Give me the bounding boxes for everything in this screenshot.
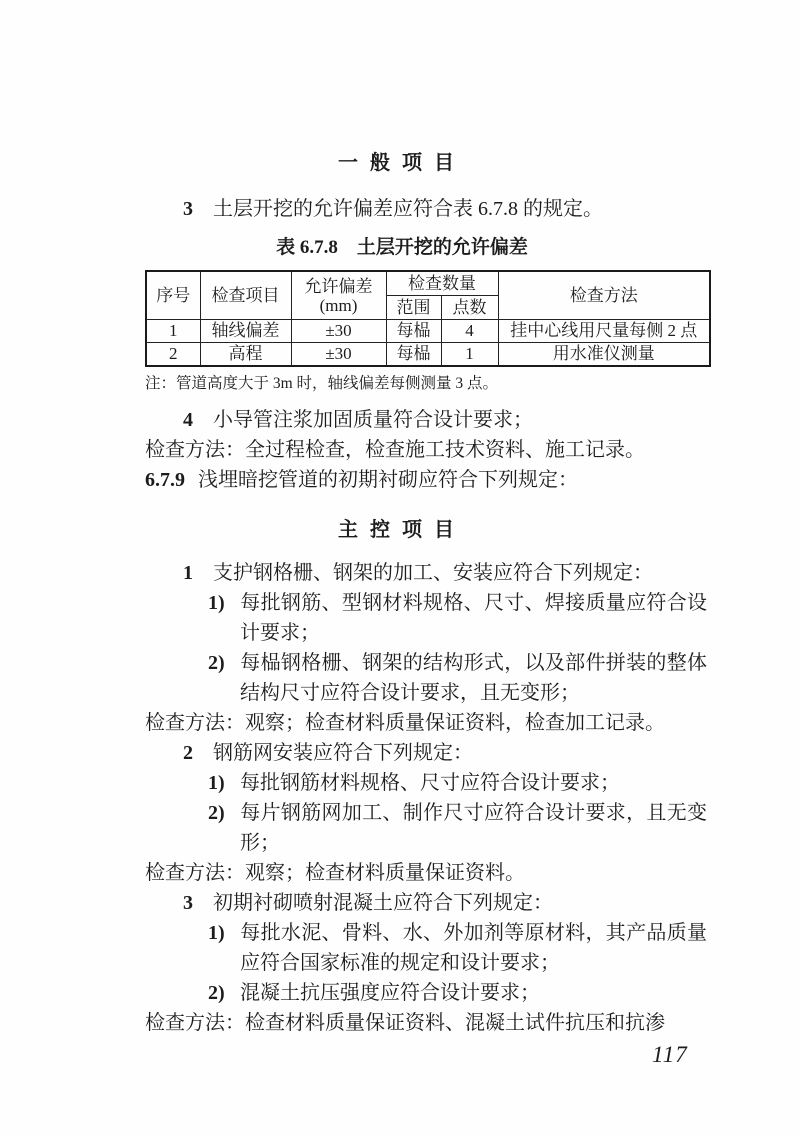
header-check-quantity: 检查数量 — [386, 271, 498, 296]
cell-points: 4 — [441, 320, 498, 343]
clause-number: 6.7.9 — [145, 469, 185, 491]
sub-item: 2)混凝土抗压强度应符合设计要求； — [145, 978, 707, 1008]
sub-item-number: 2) — [208, 798, 240, 828]
table-title: 表 6.7.8 土层开挖的允许偏差 — [121, 236, 683, 260]
cell-method: 用水准仪测量 — [498, 343, 710, 367]
cell-item: 轴线偏差 — [200, 320, 291, 343]
item-text: 钢筋网安装应符合下列规定： — [213, 742, 473, 764]
sub-item: 2)每片钢筋网加工、制作尺寸应符合设计要求，且无变形； — [145, 798, 707, 858]
item-number: 2 — [183, 738, 213, 768]
header-tolerance: 允许偏差 (mm) — [291, 271, 386, 320]
sub-item-number: 1) — [208, 918, 240, 948]
cell-tolerance: ±30 — [291, 343, 386, 367]
sub-item-text: 每批钢筋材料规格、尺寸应符合设计要求； — [240, 772, 620, 794]
check-method-item-3: 检查方法：检查材料质量保证资料、混凝土试件抗压和抗渗 — [145, 1008, 707, 1038]
page-content: 一般项目 3土层开挖的允许偏差应符合表 6.7.8 的规定。 表 6.7.8 土… — [145, 0, 707, 1038]
header-tolerance-line2: (mm) — [294, 296, 384, 315]
section-heading-general-items: 一般项目 — [121, 148, 683, 178]
item-text: 小导管注浆加固质量符合设计要求； — [213, 409, 533, 431]
sub-item-number: 1) — [208, 768, 240, 798]
item-number: 4 — [183, 405, 213, 435]
item-text: 土层开挖的允许偏差应符合表 6.7.8 的规定。 — [213, 198, 603, 220]
header-check-method: 检查方法 — [498, 271, 710, 320]
table-row: 1 轴线偏差 ±30 每榀 4 挂中心线用尺量每侧 2 点 — [146, 320, 710, 343]
check-method-item-2: 检查方法：观察；检查材料质量保证资料。 — [145, 858, 707, 888]
item-text: 支护钢格栅、钢架的加工、安装应符合下列规定： — [213, 562, 653, 584]
header-range: 范围 — [386, 296, 441, 320]
paragraph-item-3-main: 3初期衬砌喷射混凝土应符合下列规定： — [145, 888, 707, 918]
header-seq: 序号 — [146, 271, 200, 320]
sub-item-text: 每榀钢格栅、钢架的结构形式，以及部件拼装的整体结构尺寸应符合设计要求，且无变形； — [240, 652, 707, 704]
document-page: 一般项目 3土层开挖的允许偏差应符合表 6.7.8 的规定。 表 6.7.8 土… — [0, 0, 800, 1135]
sub-item: 2)每榀钢格栅、钢架的结构形式，以及部件拼装的整体结构尺寸应符合设计要求，且无变… — [145, 648, 707, 708]
paragraph-item-1: 1支护钢格栅、钢架的加工、安装应符合下列规定： — [145, 558, 707, 588]
sub-item-number: 2) — [208, 648, 240, 678]
section-heading-main-control-items: 主控项目 — [121, 515, 683, 545]
sub-item-text: 每批钢筋、型钢材料规格、尺寸、焊接质量应符合设计要求； — [240, 592, 707, 644]
cell-method: 挂中心线用尺量每侧 2 点 — [498, 320, 710, 343]
clause-6-7-9: 6.7.9浅埋暗挖管道的初期衬砌应符合下列规定： — [145, 465, 707, 495]
check-method-item-4: 检查方法：全过程检查，检查施工技术资料、施工记录。 — [145, 435, 707, 465]
clause-text: 浅埋暗挖管道的初期衬砌应符合下列规定： — [198, 469, 578, 491]
paragraph-item-2: 2钢筋网安装应符合下列规定： — [145, 738, 707, 768]
cell-range: 每榀 — [386, 320, 441, 343]
header-check-item: 检查项目 — [200, 271, 291, 320]
sub-item-number: 1) — [208, 588, 240, 618]
sub-item-number: 2) — [208, 978, 240, 1008]
header-tolerance-line1: 允许偏差 — [294, 277, 384, 296]
cell-range: 每榀 — [386, 343, 441, 367]
cell-points: 1 — [441, 343, 498, 367]
cell-item: 高程 — [200, 343, 291, 367]
sub-item: 1)每批水泥、骨料、水、外加剂等原材料，其产品质量应符合国家标准的规定和设计要求… — [145, 918, 707, 978]
item-text: 初期衬砌喷射混凝土应符合下列规定： — [213, 892, 553, 914]
cell-seq: 1 — [146, 320, 200, 343]
item-number: 3 — [183, 888, 213, 918]
sub-item-text: 每批水泥、骨料、水、外加剂等原材料，其产品质量应符合国家标准的规定和设计要求； — [240, 922, 707, 974]
table-6-7-8: 序号 检查项目 允许偏差 (mm) 检查数量 检查方法 范围 点数 1 轴线偏差… — [145, 270, 711, 367]
check-method-item-1: 检查方法：观察；检查材料质量保证资料，检查加工记录。 — [145, 708, 707, 738]
cell-tolerance: ±30 — [291, 320, 386, 343]
paragraph-item-3: 3土层开挖的允许偏差应符合表 6.7.8 的规定。 — [145, 194, 707, 224]
sub-item: 1)每批钢筋材料规格、尺寸应符合设计要求； — [145, 768, 707, 798]
page-number: 117 — [652, 1042, 688, 1068]
sub-item-text: 每片钢筋网加工、制作尺寸应符合设计要求，且无变形； — [240, 802, 707, 854]
sub-item: 1)每批钢筋、型钢材料规格、尺寸、焊接质量应符合设计要求； — [145, 588, 707, 648]
item-number: 3 — [183, 194, 213, 224]
header-points: 点数 — [441, 296, 498, 320]
item-number: 1 — [183, 558, 213, 588]
table-header-row-1: 序号 检查项目 允许偏差 (mm) 检查数量 检查方法 — [146, 271, 710, 296]
sub-item-text: 混凝土抗压强度应符合设计要求； — [240, 982, 540, 1004]
paragraph-item-4: 4小导管注浆加固质量符合设计要求； — [145, 405, 707, 435]
table-row: 2 高程 ±30 每榀 1 用水准仪测量 — [146, 343, 710, 367]
cell-seq: 2 — [146, 343, 200, 367]
table-note: 注：管道高度大于 3m 时，轴线偏差每侧测量 3 点。 — [145, 374, 707, 394]
